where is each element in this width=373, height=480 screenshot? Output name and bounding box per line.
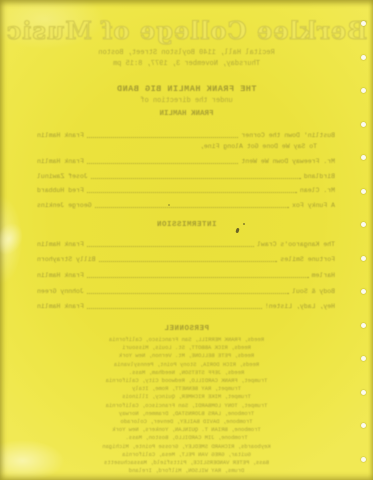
program-entry: Fortune Smiles Billy Strayhorn: [37, 256, 335, 263]
composer-name: Frank Hamlin: [37, 158, 84, 165]
punch-hole: [361, 390, 366, 395]
punch-hole: [361, 256, 366, 261]
director-name: FRANK HAMLIN: [0, 110, 373, 118]
program-entry: Body & Soul Johnny Green: [37, 288, 335, 295]
punch-hole: [361, 289, 366, 294]
dotted-leader: [87, 192, 297, 193]
punch-hole: [361, 356, 366, 361]
dotted-leader: [87, 277, 309, 278]
entry-title: Bustlin' Down the Corner: [241, 132, 335, 139]
entry-title: Mr. Clean: [300, 187, 335, 194]
punch-hole: [361, 222, 366, 227]
venue-line: Recital Hall, 1140 Boylston Street, Bost…: [0, 49, 373, 57]
dotted-leader: [87, 163, 239, 164]
punch-hole: [361, 323, 366, 328]
entry-title: Fortune Smiles: [280, 256, 335, 263]
punch-hole: [361, 21, 366, 26]
personnel-heading: PERSONNEL: [0, 325, 373, 333]
composer-name: George Jenkins: [37, 202, 92, 209]
show-through-layer: Berklee College of Music Recital Hall, 1…: [0, 0, 373, 480]
punch-hole: [361, 457, 366, 462]
personnel-line: Reeds, PETE BELLONE, Mt. Vernon, New Yor…: [0, 352, 373, 360]
personnel-line: Trombone, JIM CARDILLO, Boston, Mass.: [0, 434, 373, 442]
entry-title: Hey, Lady, Listen!: [265, 303, 335, 310]
composer-name: Billy Strayhorn: [37, 256, 96, 263]
personnel-line: Reeds, JEFF STETSON, Needham, Mass.: [0, 369, 373, 377]
composer-name: Frank Hamlin: [37, 132, 84, 139]
dotted-leader: [87, 308, 262, 309]
college-logo: Berklee College of Music: [0, 16, 373, 45]
date-line: Thursday, November 3, 1977, 8:15 pm: [0, 60, 373, 68]
program-entry: Mr. Clean Fred Hubbard: [37, 187, 335, 194]
personnel-line: Trumpet, RAY BENNETT, Rome, Italy: [0, 385, 373, 393]
composer-name: Frank Hamlin: [37, 241, 84, 248]
program-entry: Birdland Josef Zawinul: [37, 173, 335, 180]
entry-title: Mr. Freeway Down We Went: [241, 158, 335, 165]
direction-line: under the direction of: [0, 97, 373, 105]
composer-name: Josef Zawinul: [37, 173, 88, 180]
punch-hole: [361, 155, 366, 160]
personnel-line: Reeds, RICH DORIA, Stony Point, Pennsylv…: [0, 361, 373, 369]
program-entry: Hey, Lady, Listen! Frank Hamlin: [37, 303, 335, 310]
intermission-heading: INTERMISSION: [0, 221, 373, 229]
composer-name: Frank Hamlin: [37, 272, 84, 279]
entry-title: Harlem: [312, 272, 335, 279]
personnel-line: Bass, PETER VANDERSLICE, Pittsfield, Mas…: [0, 459, 373, 467]
ink-speck: [168, 204, 170, 206]
dotted-leader: [95, 207, 289, 208]
dotted-leader: [99, 261, 278, 262]
entry-subtitle: To Say We Done Got Along Fine,: [200, 143, 317, 150]
program-entry: The Kangaroo's Crawl Frank Hamlin: [37, 241, 335, 248]
entry-title: Body & Soul: [292, 288, 335, 295]
personnel-line: Trumpet, MIKE RICHMER, Quincy, Illinois: [0, 393, 373, 401]
personnel-list: Reeds, FRANK MERRILL, San Francisco, Cal…: [0, 336, 373, 475]
personnel-line: Keyboards, RICHARD SMEDLEY, Grosse Point…: [0, 443, 373, 451]
dotted-leader: [87, 137, 239, 138]
composer-name: Johnny Green: [37, 288, 84, 295]
dotted-leader: [87, 293, 289, 294]
personnel-line: Trombone, LARS BJORNSTAD, Drammen, Norwa…: [0, 410, 373, 418]
program-entry: Mr. Freeway Down We Went Frank Hamlin: [37, 158, 335, 165]
dotted-leader: [91, 178, 301, 179]
personnel-line: Reeds, FRANK MERRILL, San Francisco, Cal…: [0, 336, 373, 344]
program-entry: Bustlin' Down the Corner Frank Hamlin: [37, 132, 335, 139]
ink-speck: [243, 223, 245, 225]
punch-hole: [361, 122, 366, 127]
program-entry: Harlem Frank Hamlin: [37, 272, 335, 279]
dotted-leader: [87, 246, 254, 247]
personnel-line: Trombone, BRIAN T. QUINLAN, Yonkers, New…: [0, 426, 373, 434]
personnel-line: Trumpet, TONY LOMBARDI, San Francisco, C…: [0, 402, 373, 410]
personnel-line: Trombone, DAVID BAILEY, Denver, Colorado: [0, 418, 373, 426]
entry-title: The Kangaroo's Crawl: [257, 241, 335, 248]
punch-hole: [361, 55, 366, 60]
composer-name: Fred Hubbard: [37, 187, 84, 194]
program-entry: A Funky Fox George Jenkins: [37, 202, 335, 209]
punch-hole: [361, 423, 366, 428]
concert-title: THE FRANK HAMLIN BIG BAND: [0, 84, 373, 94]
scanned-program-page: Berklee College of Music Recital Hall, 1…: [0, 0, 373, 480]
personnel-line: Trumpet, FRANK CARDILLO, Redwood City, C…: [0, 377, 373, 385]
punch-hole: [361, 88, 366, 93]
entry-title: Birdland: [304, 173, 335, 180]
composer-name: Frank Hamlin: [37, 303, 84, 310]
entry-title: A Funky Fox: [292, 202, 335, 209]
personnel-line: Reeds, RICK ABBOTT, St. Louis, Missouri: [0, 344, 373, 352]
punch-hole: [361, 189, 366, 194]
personnel-line: Guitar, GREG VAN PELT, Mesa, California: [0, 451, 373, 459]
personnel-line: Drums, RAY WILSON, Milford, Ireland: [0, 467, 373, 475]
